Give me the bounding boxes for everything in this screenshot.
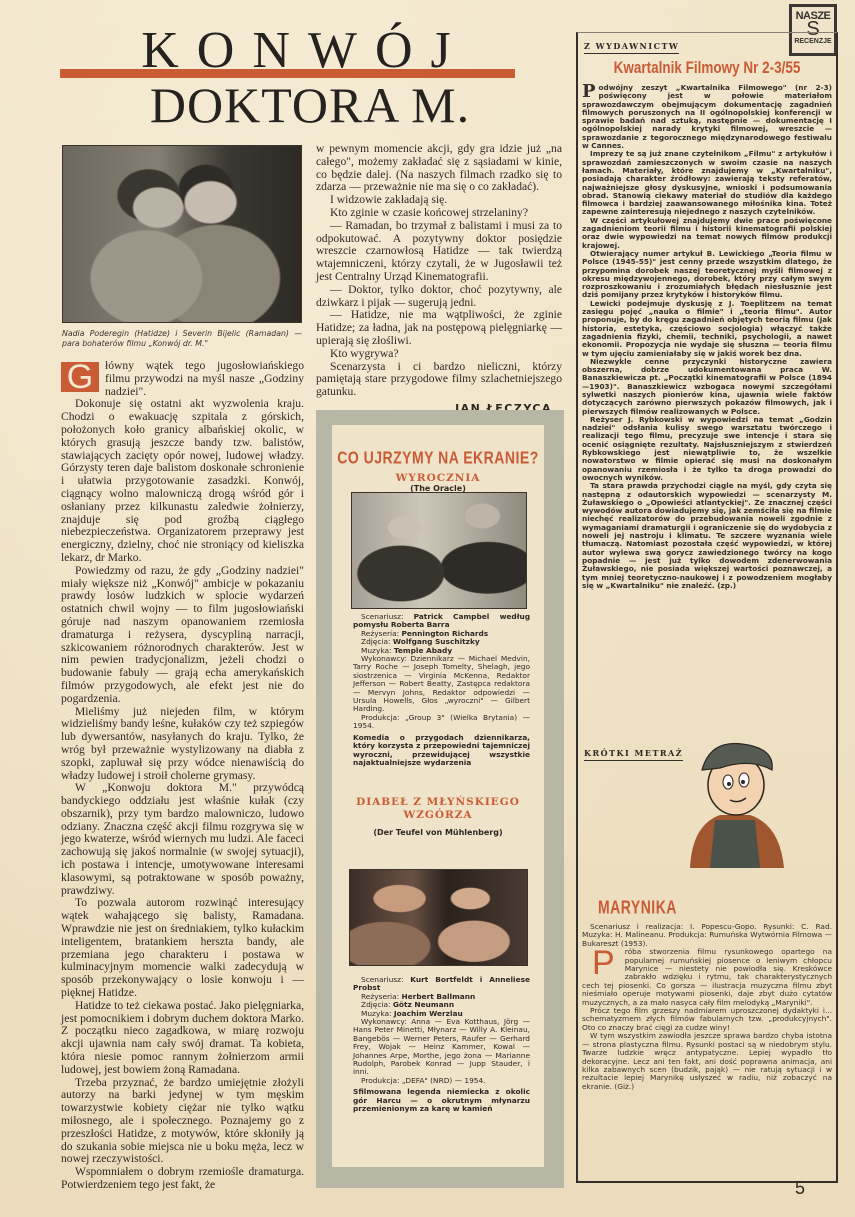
review-paragraph: Podwójny zeszyt „Kwartalnika Filmowego" …: [582, 84, 832, 150]
review-paragraph: Próba stworzenia filmu rysunkowego opart…: [582, 948, 832, 1007]
article-paragraph: Scenarzysta i ci bardzo nieliczni, którz…: [316, 361, 562, 399]
cartoon-boy-illustration: [680, 740, 790, 870]
film-summary: Komedia o przygodach dziennikarza, który…: [353, 734, 530, 768]
photo-caption: Nadia Poderegin (Hatidze) i Severin Bije…: [62, 329, 302, 349]
section-label-wydawnictw: Z WYDAWNICTW: [584, 41, 679, 54]
article-paragraph: Kto zginie w czasie końcowej strzelaniny…: [316, 207, 562, 220]
film-credits-wyrocznia: Scenariusz: Patrick Campbel według pomys…: [353, 613, 530, 767]
film-still-photo-wyrocznia: [351, 492, 527, 609]
article-paragraph: — Ramadan, bo trzymał z balistami i musi…: [316, 220, 562, 284]
article-paragraph: w pewnym momencie akcji, gdy gra idzie j…: [316, 143, 562, 194]
film-original-title: (Der Teufel von Mühlenberg): [332, 828, 544, 837]
production-line: Produkcja: „Group 3" (Wielka Brytania) —…: [353, 714, 530, 731]
film-title-diabel: DIABEŁ Z MŁYŃSKIEGO WZGÓRZA: [332, 796, 544, 822]
review-paragraph: Ta stara prawda przychodzi ciągle na myś…: [582, 482, 832, 590]
marynika-title: MARYNIKA: [598, 897, 677, 918]
kwartalnik-review: Podwójny zeszyt „Kwartalnika Filmowego" …: [582, 84, 832, 590]
section-label-krotki-metraz: KRÓTKI METRAŻ: [584, 748, 683, 761]
article-paragraph: W „Konwoju doktora M." przywódcą bandyck…: [61, 782, 304, 897]
article-paragraph: Trzeba przyznać, że bardzo umiejętnie zł…: [61, 1077, 304, 1167]
article-paragraph: Dokonuje się ostatni akt wyzwolenia kraj…: [61, 398, 304, 564]
review-paragraph: Otwierający numer artykuł B. Lewickiego …: [582, 250, 832, 300]
article-paragraph: To pozwala autorom rozwinąć interesujący…: [61, 897, 304, 999]
screen-box-title: CO UJRZYMY NA EKRANIE?: [332, 447, 544, 467]
film-credits-diabel: Scenariusz: Kurt Bortfeldt i Anneliese P…: [353, 976, 530, 1114]
review-paragraph: W części artykułowej znajdujemy dwie pra…: [582, 217, 832, 250]
marynika-review: Scenariusz i realizacja: I. Popescu-Gopo…: [582, 923, 832, 1091]
film-summary: Sfilmowana legenda niemiecka z okolic gó…: [353, 1088, 530, 1113]
review-paragraph: W tym wszystkim zawiodła jeszcze sprawa …: [582, 1032, 832, 1091]
headline-line-2: DOKTORA M.: [140, 80, 480, 130]
article-paragraph: Powiedzmy od razu, że gdy „Godziny nadzi…: [61, 565, 304, 706]
review-paragraph: Imprezy te są już znane czytelnikom „Fil…: [582, 150, 832, 216]
review-paragraph: Prócz tego film grzeszy nadmiarem uprosz…: [582, 1007, 832, 1032]
article-paragraph: — Hatidze, nie ma wątpliwości, że zginie…: [316, 309, 562, 347]
article-paragraph: Wspomniałem o dobrym rzemiośle dramaturg…: [61, 1166, 304, 1192]
article-paragraph: Główny wątek tego jugosłowiańskiego film…: [61, 360, 304, 398]
kwartalnik-title: Kwartalnik Filmowy Nr 2-3/55: [582, 59, 832, 77]
production-line: Produkcja: „DEFA" (NRD) — 1954.: [353, 1077, 530, 1085]
cast-list: Wykonawcy: Anna — Eva Kotthaus, Jörg — H…: [353, 1018, 530, 1077]
review-paragraph: Lewicki podejmuje dyskusję z J. Toeplitz…: [582, 300, 832, 358]
cast-list: Wykonawcy: Dziennikarz — Michael Medvin,…: [353, 655, 530, 714]
main-article-column-2: w pewnym momencie akcji, gdy gra idzie j…: [316, 143, 562, 416]
review-paragraph: Niezwykle cenne przyczynki historyczne z…: [582, 358, 832, 416]
credit-line: Scenariusz: Patrick Campbel według pomys…: [353, 613, 530, 630]
credit-line: Scenariusz: Kurt Bortfeldt i Anneliese P…: [353, 976, 530, 993]
dropcap-letter: G: [61, 362, 99, 392]
article-paragraph: Kto wygrywa?: [316, 348, 562, 361]
article-paragraph: Hatidze to też ciekawa postać. Jako piel…: [61, 1000, 304, 1077]
article-paragraph: Mieliśmy już niejeden film, w którym wid…: [61, 706, 304, 783]
film-still-photo-konwoj: [62, 145, 302, 323]
film-still-photo-diabel: [349, 869, 528, 966]
marynika-credits: Scenariusz i realizacja: I. Popescu-Gopo…: [582, 923, 832, 948]
review-paragraph: Reżyser J. Rybkowski w wypowiedzi na tem…: [582, 416, 832, 482]
article-paragraph: — Doktor, tylko doktor, choć pozytywny, …: [316, 284, 562, 310]
page-number: 5: [795, 1178, 805, 1199]
main-article-column-1: Główny wątek tego jugosłowiańskiego film…: [61, 360, 304, 1192]
